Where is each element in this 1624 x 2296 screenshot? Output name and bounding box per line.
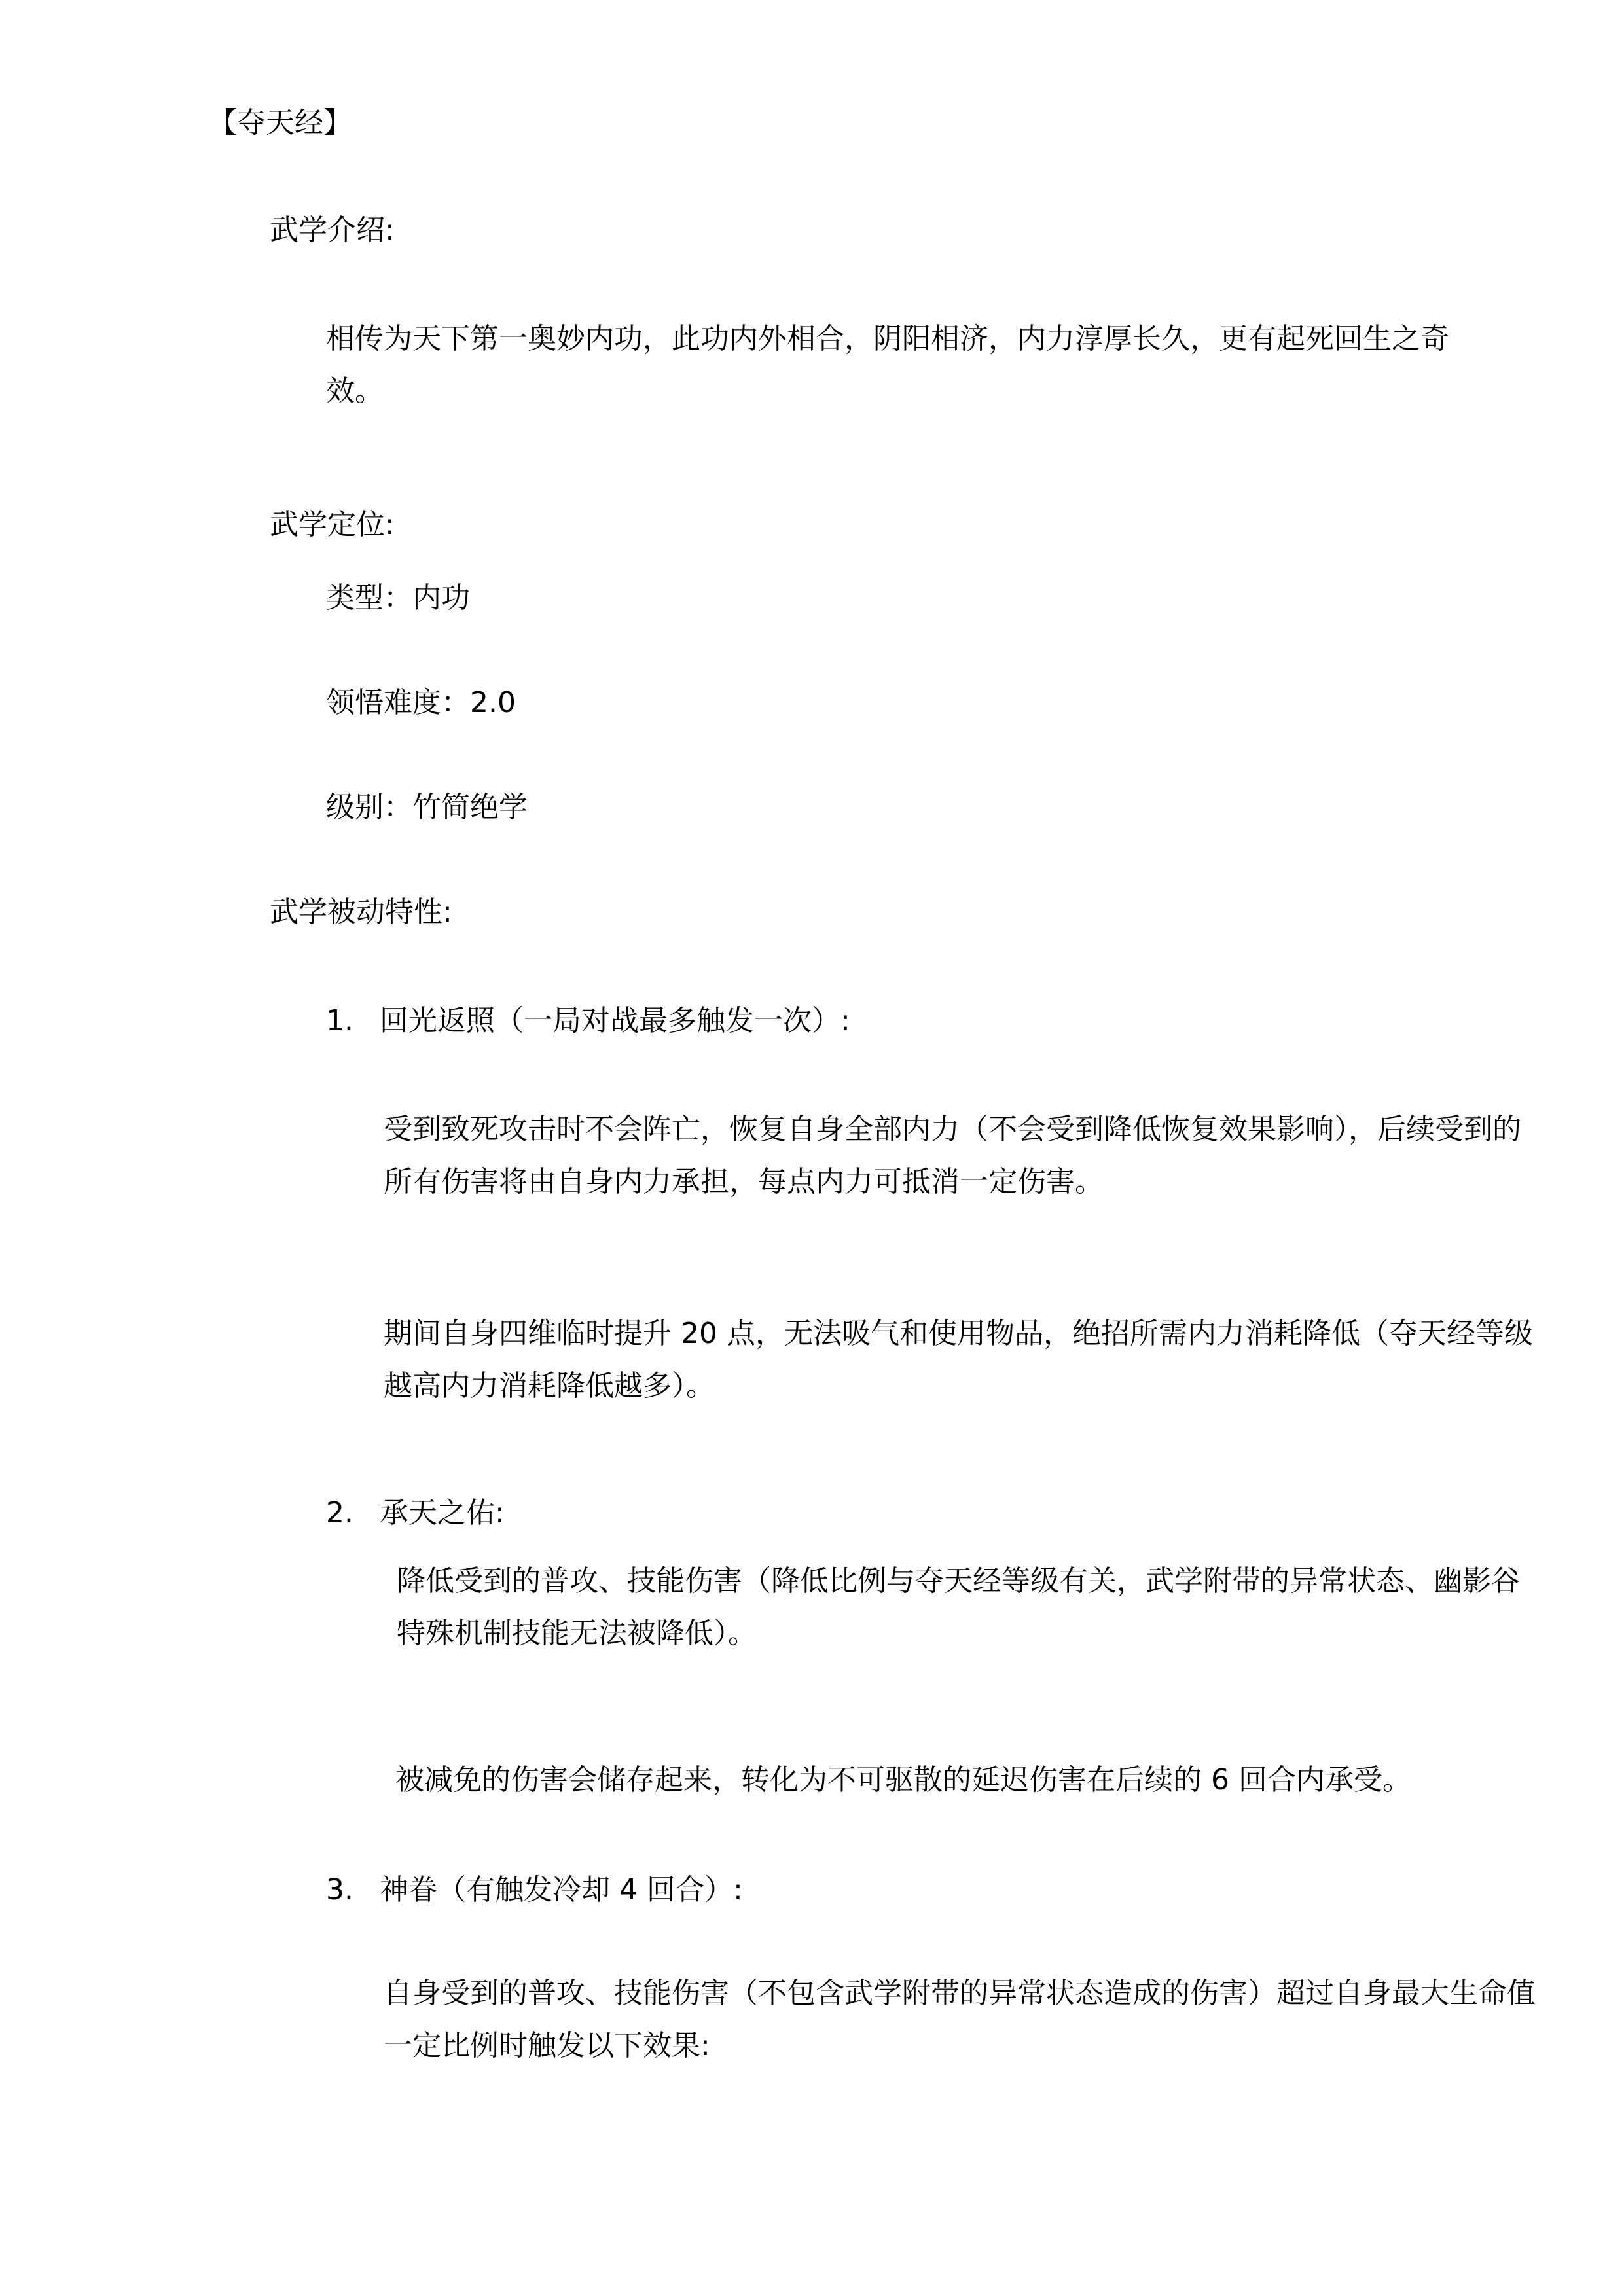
type-value: 内功 — [412, 581, 470, 615]
positioning-item-grade: 级别：竹简绝学 — [326, 793, 528, 822]
passive-1-title: 1.回光返照（一局对战最多触发一次）: — [326, 1007, 850, 1035]
grade-label: 级别： — [326, 791, 412, 824]
positioning-heading: 武学定位: — [270, 511, 395, 539]
intro-text: 相传为天下第一奥妙内功，此功内外相合，阴阳相济，内力淳厚长久，更有起死回生之奇效… — [326, 313, 1504, 418]
list-title: 回光返照（一局对战最多触发一次）: — [380, 1004, 850, 1037]
passives-heading: 武学被动特性: — [270, 898, 452, 927]
grade-value: 竹简绝学 — [412, 791, 528, 824]
list-title: 神眷（有触发冷却 4 回合）: — [380, 1873, 743, 1907]
positioning-item-type: 类型：内功 — [326, 584, 470, 613]
difficulty-value: 2.0 — [470, 686, 516, 719]
list-number: 2. — [326, 1499, 380, 1528]
passive-3-paragraph-1: 自身受到的普攻、技能伤害（不包含武学附带的异常状态造成的伤害）超过自身最大生命值… — [384, 1967, 1555, 2072]
difficulty-label: 领悟难度： — [326, 686, 470, 719]
type-label: 类型： — [326, 581, 412, 615]
passive-2-paragraph-1: 降低受到的普攻、技能伤害（降低比例与夺天经等级有关，武学附带的异常状态、幽影谷特… — [397, 1555, 1536, 1660]
passive-3-title: 3.神眷（有触发冷却 4 回合）: — [326, 1876, 743, 1905]
passive-1-paragraph-2: 期间自身四维临时提升 20 点，无法吸气和使用物品，绝招所需内力消耗降低（夺天经… — [384, 1308, 1542, 1412]
passive-1-paragraph-1: 受到致死攻击时不会阵亡，恢复自身全部内力（不会受到降低恢复效果影响），后续受到的… — [384, 1103, 1542, 1208]
intro-heading: 武学介绍: — [270, 216, 395, 245]
passive-2-title: 2.承天之佑: — [326, 1499, 505, 1528]
passive-2-paragraph-2: 被减免的伤害会储存起来，转化为不可驱散的延迟伤害在后续的 6 回合内承受。 — [395, 1766, 1411, 1795]
positioning-item-difficulty: 领悟难度：2.0 — [326, 689, 516, 717]
list-number: 3. — [326, 1876, 380, 1905]
list-number: 1. — [326, 1007, 380, 1035]
document-title: 【夺天经】 — [208, 109, 352, 137]
list-title: 承天之佑: — [380, 1496, 505, 1530]
